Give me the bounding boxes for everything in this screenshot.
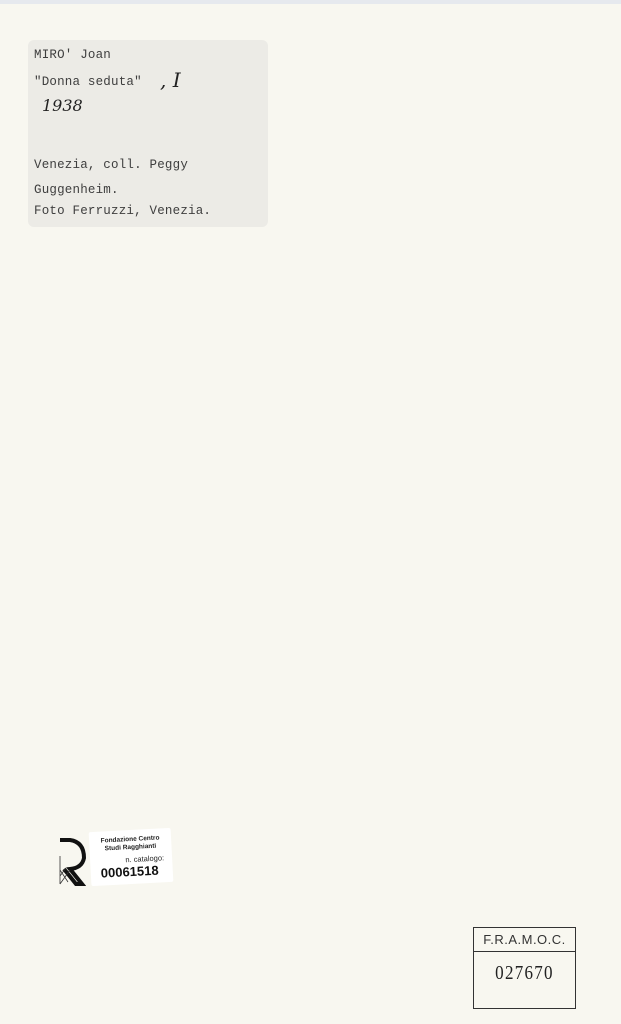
artist-name: MIRO' Joan <box>34 48 111 62</box>
typed-label-card: MIRO' Joan "Donna seduta" , I 1938 Venez… <box>28 40 268 227</box>
collection-name: Guggenheim. <box>34 183 119 197</box>
stamp-header: F.R.A.M.O.C. <box>474 928 575 952</box>
stamp-number: 027670 <box>482 962 568 985</box>
artwork-title: "Donna seduta" <box>34 75 142 89</box>
framoc-stamp: F.R.A.M.O.C. 027670 <box>473 927 576 1009</box>
handwritten-numeral: , I <box>160 68 181 92</box>
catalog-number: 00061518 <box>100 863 159 881</box>
top-edge <box>0 0 621 4</box>
collection-line: Venezia, coll. Peggy <box>34 158 188 172</box>
ragghianti-r-logo-icon <box>58 838 86 886</box>
photo-credit: Foto Ferruzzi, Venezia. <box>34 204 211 218</box>
catalog-sticker: Fondazione Centro Studi Ragghianti n. ca… <box>89 828 174 886</box>
handwritten-year: 1938 <box>42 96 83 115</box>
